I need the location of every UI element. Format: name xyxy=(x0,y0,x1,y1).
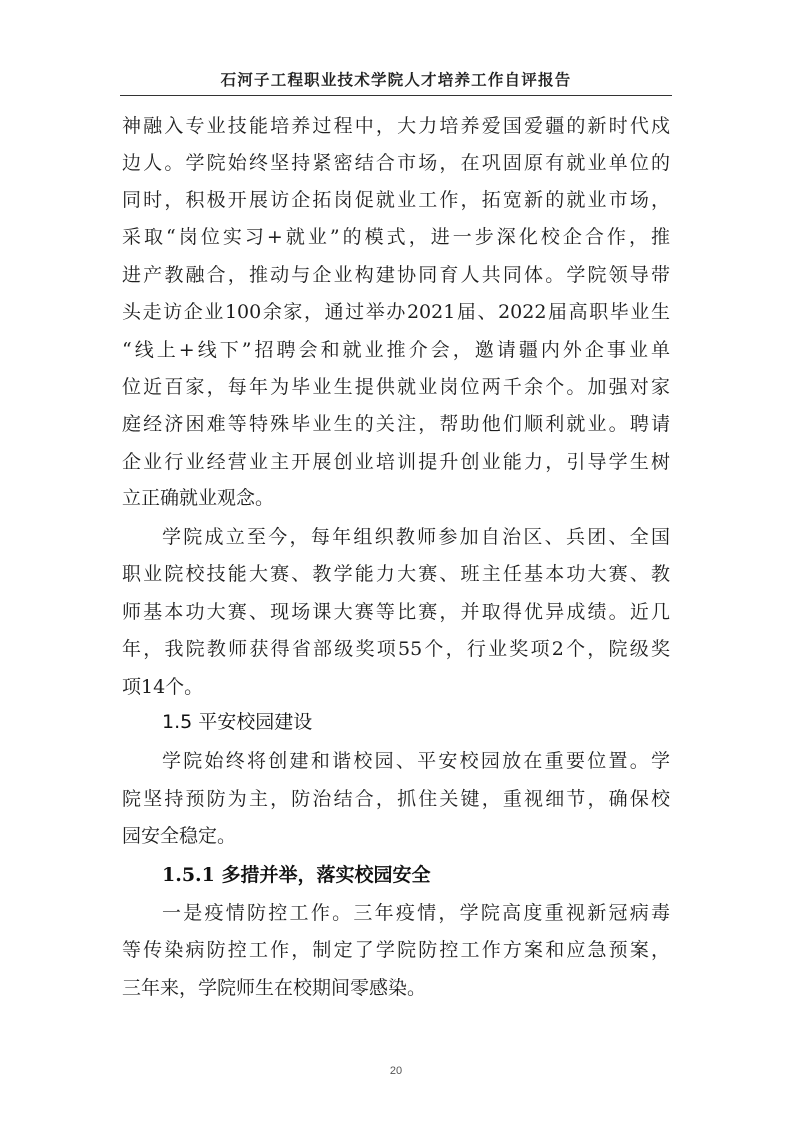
text-line: 学院成立至今，每年组织教师参加自治区、兵团、全国 xyxy=(162,522,670,552)
text-line: 进产教融合，推动与企业构建协同育人共同体。学院领导带 xyxy=(122,260,670,290)
text-line: 一是疫情防控工作。三年疫情，学院高度重视新冠病毒 xyxy=(162,898,670,928)
text-line: 采取“岗位实习+就业”的模式，进一步深化校企合作，推 xyxy=(122,222,670,252)
section-heading-1-5: 1.5 平安校园建设 xyxy=(162,707,312,737)
text-line: 园安全稳定。 xyxy=(122,821,670,851)
text-line: “线上+线下”招聘会和就业推介会，邀请疆内外企事业单 xyxy=(122,335,670,365)
text-line: 头走访企业100余家，通过举办2021届、2022届高职毕业生 xyxy=(122,297,670,327)
page-number: 20 xyxy=(0,1065,792,1077)
text-line: 立正确就业观念。 xyxy=(122,483,670,513)
header-title: 石河子工程职业技术学院人才培养工作自评报告 xyxy=(120,68,672,90)
text-line: 同时，积极开展访企拓岗促就业工作，拓宽新的就业市场， xyxy=(122,185,670,215)
header-divider xyxy=(120,95,672,96)
text-line: 庭经济困难等特殊毕业生的关注，帮助他们顺利就业。聘请 xyxy=(122,409,670,439)
text-line: 项14个。 xyxy=(122,672,670,702)
text-line: 年，我院教师获得省部级奖项55个，行业奖项2个，院级奖 xyxy=(122,634,670,664)
text-line: 企业行业经营业主开展创业培训提升创业能力，引导学生树 xyxy=(122,447,670,477)
text-line: 三年来，学院师生在校期间零感染。 xyxy=(122,973,670,1003)
text-line: 师基本功大赛、现场课大赛等比赛，并取得优异成绩。近几 xyxy=(122,597,670,627)
text-line: 等传染病防控工作，制定了学院防控工作方案和应急预案， xyxy=(122,935,670,965)
text-line: 位近百家，每年为毕业生提供就业岗位两千余个。加强对家 xyxy=(122,372,670,402)
section-heading-1-5-1: 1.5.1 多措并举，落实校园安全 xyxy=(162,860,431,890)
text-line: 边人。学院始终坚持紧密结合市场，在巩固原有就业单位的 xyxy=(122,148,670,178)
text-line: 学院始终将创建和谐校园、平安校园放在重要位置。学 xyxy=(162,746,670,776)
text-line: 职业院校技能大赛、教学能力大赛、班主任基本功大赛、教 xyxy=(122,559,670,589)
text-line: 神融入专业技能培养过程中，大力培养爱国爱疆的新时代戍 xyxy=(122,111,670,141)
text-line: 院坚持预防为主，防治结合，抓住关键，重视细节，确保校 xyxy=(122,784,670,814)
